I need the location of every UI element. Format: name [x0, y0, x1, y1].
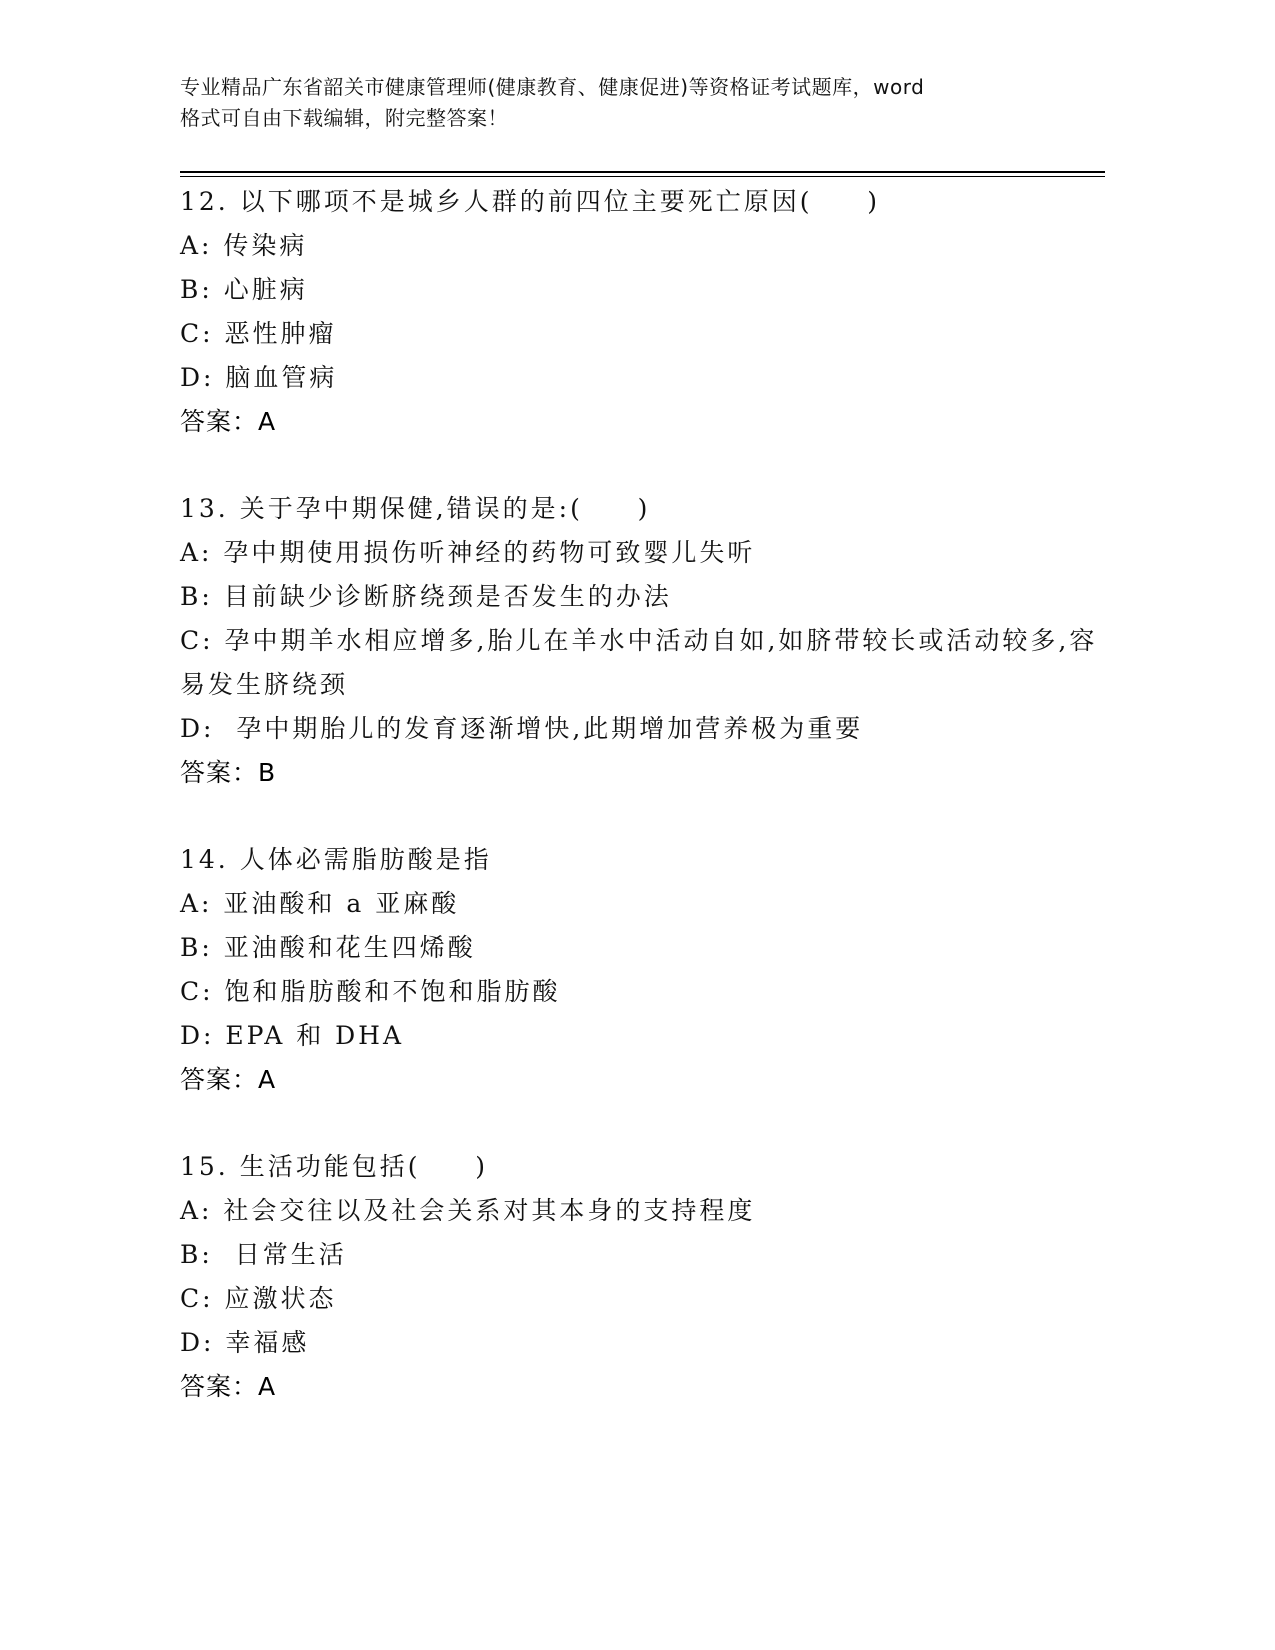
- answer-label: 答案：A: [180, 400, 1105, 444]
- option-b: B: 亚油酸和花生四烯酸: [180, 926, 1105, 970]
- header-divider-thin: [180, 176, 1105, 177]
- header-divider-thick: [180, 171, 1105, 173]
- option-c: C: 应激状态: [180, 1277, 1105, 1321]
- option-c: C: 孕中期羊水相应增多,胎儿在羊水中活动自如,如脐带较长或活动较多,容易发生脐…: [180, 619, 1105, 707]
- question-13: 13. 关于孕中期保健,错误的是:( ) A: 孕中期使用损伤听神经的药物可致婴…: [180, 487, 1105, 795]
- option-b: B: 日常生活: [180, 1233, 1105, 1277]
- option-d: D: 孕中期胎儿的发育逐渐增快,此期增加营养极为重要: [180, 707, 1105, 751]
- option-d: D: 幸福感: [180, 1321, 1105, 1365]
- question-stem: 15. 生活功能包括( ): [180, 1145, 1105, 1189]
- question-stem: 12. 以下哪项不是城乡人群的前四位主要死亡原因( ): [180, 180, 1105, 224]
- question-stem: 14. 人体必需脂肪酸是指: [180, 838, 1105, 882]
- answer-label: 答案：A: [180, 1365, 1105, 1409]
- answer-label: 答案：B: [180, 751, 1105, 795]
- answer-label: 答案：A: [180, 1058, 1105, 1102]
- header-line-2: 格式可自由下载编辑，附完整答案！: [180, 103, 1050, 134]
- question-list: 12. 以下哪项不是城乡人群的前四位主要死亡原因( ) A: 传染病 B: 心脏…: [180, 180, 1105, 1452]
- option-c: C: 饱和脂肪酸和不饱和脂肪酸: [180, 970, 1105, 1014]
- option-b: B: 目前缺少诊断脐绕颈是否发生的办法: [180, 575, 1105, 619]
- header-line-1: 专业精品广东省韶关市健康管理师(健康教育、健康促进)等资格证考试题库，word: [180, 72, 1050, 103]
- option-a: A: 亚油酸和 a 亚麻酸: [180, 882, 1105, 926]
- option-a: A: 孕中期使用损伤听神经的药物可致婴儿失听: [180, 531, 1105, 575]
- question-12: 12. 以下哪项不是城乡人群的前四位主要死亡原因( ) A: 传染病 B: 心脏…: [180, 180, 1105, 444]
- option-d: D: EPA 和 DHA: [180, 1014, 1105, 1058]
- option-c: C: 恶性肿瘤: [180, 312, 1105, 356]
- option-b: B: 心脏病: [180, 268, 1105, 312]
- option-a: A: 传染病: [180, 224, 1105, 268]
- option-d: D: 脑血管病: [180, 356, 1105, 400]
- question-stem: 13. 关于孕中期保健,错误的是:( ): [180, 487, 1105, 531]
- question-15: 15. 生活功能包括( ) A: 社会交往以及社会关系对其本身的支持程度 B: …: [180, 1145, 1105, 1409]
- option-a: A: 社会交往以及社会关系对其本身的支持程度: [180, 1189, 1105, 1233]
- document-header: 专业精品广东省韶关市健康管理师(健康教育、健康促进)等资格证考试题库，word …: [180, 72, 1050, 134]
- question-14: 14. 人体必需脂肪酸是指 A: 亚油酸和 a 亚麻酸 B: 亚油酸和花生四烯酸…: [180, 838, 1105, 1102]
